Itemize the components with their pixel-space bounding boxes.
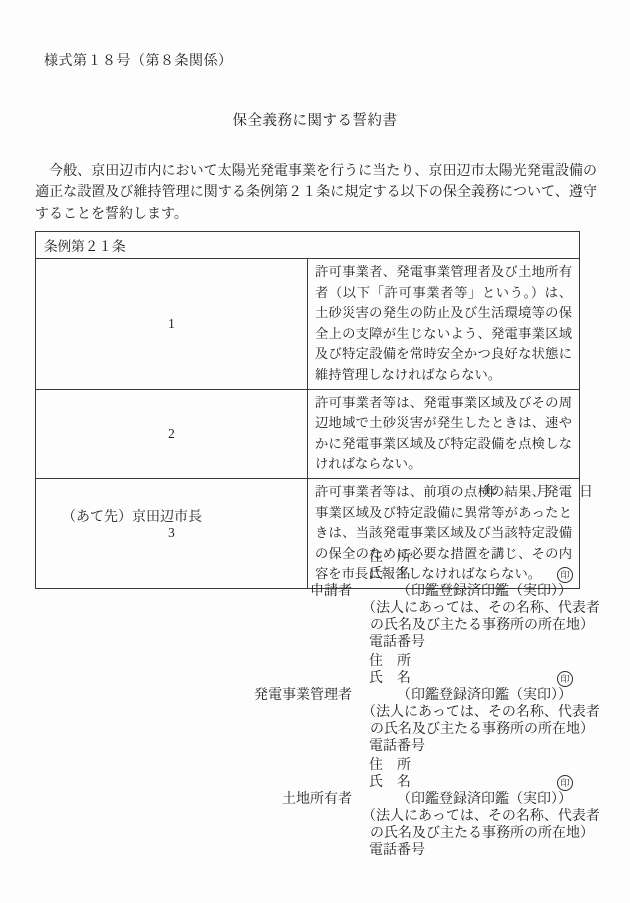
- seal-icon: 印: [557, 775, 573, 791]
- phone-label: 電話番号: [369, 842, 630, 859]
- corporation-note-line1: （法人にあっては、その名称、代表者: [362, 808, 630, 825]
- table-header-cell: 条例第２１条: [36, 232, 580, 259]
- address-label: 住 所: [369, 757, 630, 774]
- name-label: 氏 名: [369, 775, 411, 790]
- date-year-label: 年: [484, 485, 498, 500]
- seal-icon: 印: [557, 671, 573, 687]
- document-title: 保全義務に関する誓約書: [0, 109, 630, 130]
- intro-paragraph: 今般、京田辺市内において太陽光発電事業を行うに当たり、京田辺市太陽光発電設備の適…: [35, 161, 597, 225]
- document-page: 様式第１８号（第８条関係） 保全義務に関する誓約書 今般、京田辺市内において太陽…: [0, 0, 630, 903]
- signature-block-power-business-manager: 発電事業管理者 住 所 氏 名 印 （印鑑登録済印鑑（実印）） （法人にあっては…: [0, 653, 630, 755]
- signature-role-label: 発電事業管理者: [0, 687, 352, 704]
- corporation-note-line2: の氏名及び主たる事務所の所在地）: [370, 825, 630, 842]
- date-day-label: 日: [579, 485, 593, 500]
- corporation-note-line2: の氏名及び主たる事務所の所在地）: [370, 721, 630, 738]
- signature-block-applicant: 申請者 住 所 氏 名 印 （印鑑登録済印鑑（実印）） （法人にあっては、その名…: [0, 549, 630, 651]
- signature-block-landowner: 土地所有者 住 所 氏 名 印 （印鑑登録済印鑑（実印）） （法人にあっては、そ…: [0, 757, 630, 859]
- date-line: 年月日: [484, 481, 593, 501]
- date-month-label: 月: [536, 485, 550, 500]
- row-number: 1: [36, 259, 308, 390]
- signature-role-label: 申請者: [0, 583, 352, 600]
- corporation-note-line1: （法人にあっては、その名称、代表者: [362, 600, 630, 617]
- table-row: 1 許可事業者、発電事業管理者及び土地所有者（以下「許可事業者等」という。）は、…: [36, 259, 580, 390]
- seal-icon: 印: [557, 567, 573, 583]
- row-text: 許可事業者、発電事業管理者及び土地所有者（以下「許可事業者等」という。）は、土砂…: [308, 259, 580, 390]
- table-header-row: 条例第２１条: [36, 232, 580, 259]
- seal-note: （印鑑登録済印鑑（実印））: [397, 583, 630, 600]
- address-label: 住 所: [369, 549, 630, 566]
- row-number: 2: [36, 389, 308, 478]
- corporation-note-line1: （法人にあっては、その名称、代表者: [362, 704, 630, 721]
- name-label: 氏 名: [369, 567, 411, 582]
- signature-role-label: 土地所有者: [0, 791, 352, 808]
- corporation-note-line2: の氏名及び主たる事務所の所在地）: [370, 617, 630, 634]
- seal-note: （印鑑登録済印鑑（実印））: [397, 791, 630, 808]
- form-number: 様式第１８号（第８条関係）: [44, 50, 233, 70]
- seal-note: （印鑑登録済印鑑（実印））: [397, 687, 630, 704]
- ordinance-table: 条例第２１条 1 許可事業者、発電事業管理者及び土地所有者（以下「許可事業者等」…: [35, 231, 580, 589]
- table-row: 2 許可事業者等は、発電事業区域及びその周辺地域で土砂災害が発生したときは、速や…: [36, 389, 580, 478]
- phone-label: 電話番号: [369, 634, 630, 651]
- name-label: 氏 名: [369, 671, 411, 686]
- addressee-line: （あて先）京田辺市長: [62, 506, 202, 526]
- phone-label: 電話番号: [369, 738, 630, 755]
- row-text: 許可事業者等は、発電事業区域及びその周辺地域で土砂災害が発生したときは、速やかに…: [308, 389, 580, 478]
- address-label: 住 所: [369, 653, 630, 670]
